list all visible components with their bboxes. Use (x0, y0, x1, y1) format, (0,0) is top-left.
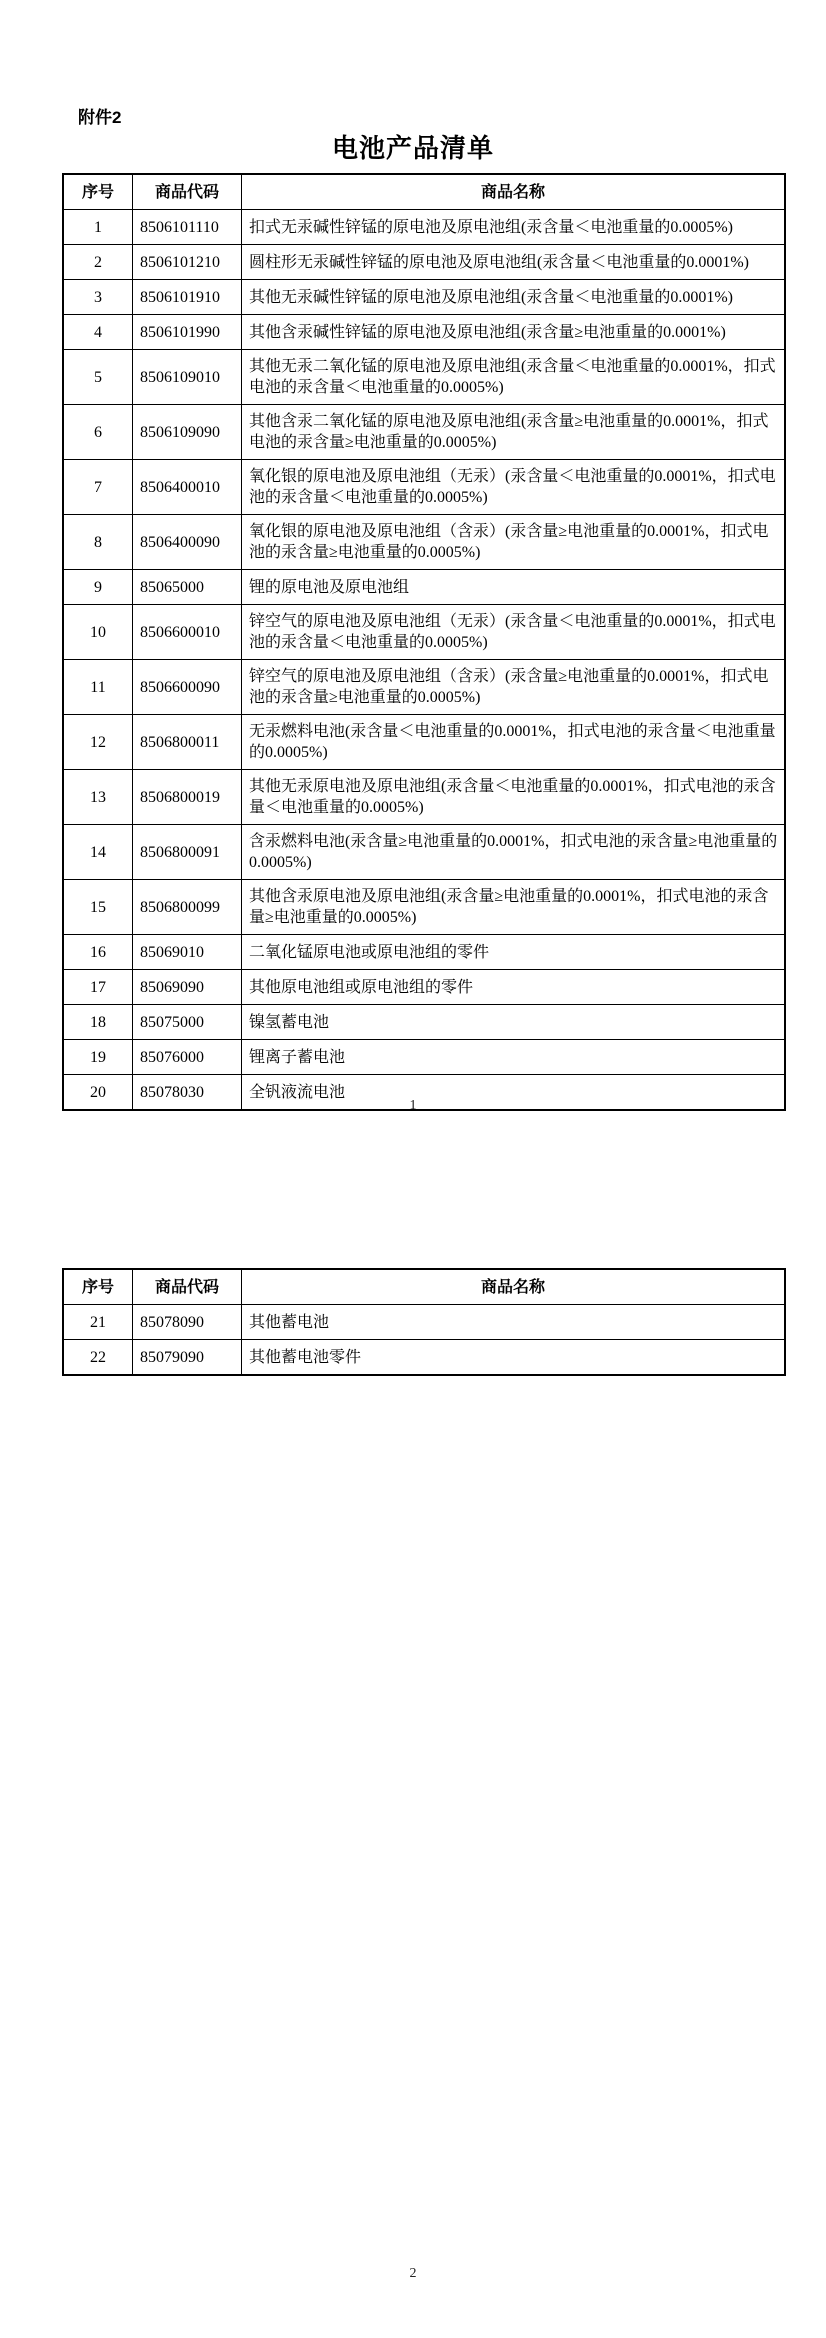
row-code-cell: 8506600010 (133, 605, 242, 660)
table-row: 1685069010二氧化锰原电池或原电池组的零件 (63, 935, 785, 970)
row-no-cell: 12 (63, 715, 133, 770)
row-no-cell: 15 (63, 880, 133, 935)
page-number-1: 1 (0, 1098, 826, 1114)
row-code-cell: 85069010 (133, 935, 242, 970)
row-name-cell: 二氧化锰原电池或原电池组的零件 (242, 935, 786, 970)
row-code-cell: 8506101910 (133, 280, 242, 315)
attachment-label: 附件2 (78, 103, 121, 128)
row-code-cell: 85079090 (133, 1340, 242, 1376)
row-code-cell: 8506800099 (133, 880, 242, 935)
document-page: 附件2 电池产品清单 序号 商品代码 商品名称 18506101110扣式无汞碱… (0, 0, 826, 2338)
table-row: 38506101910其他无汞碱性锌锰的原电池及原电池组(汞含量＜电池重量的0.… (63, 280, 785, 315)
row-name-cell: 其他无汞碱性锌锰的原电池及原电池组(汞含量＜电池重量的0.0001%) (242, 280, 786, 315)
row-code-cell: 8506101990 (133, 315, 242, 350)
header-cell-code: 商品代码 (133, 174, 242, 210)
row-no-cell: 22 (63, 1340, 133, 1376)
row-no-cell: 1 (63, 210, 133, 245)
row-name-cell: 圆柱形无汞碱性锌锰的原电池及原电池组(汞含量＜电池重量的0.0001%) (242, 245, 786, 280)
row-no-cell: 4 (63, 315, 133, 350)
row-name-cell: 无汞燃料电池(汞含量＜电池重量的0.0001%，扣式电池的汞含量＜电池重量的0.… (242, 715, 786, 770)
table-row: 138506800019其他无汞原电池及原电池组(汞含量＜电池重量的0.0001… (63, 770, 785, 825)
row-no-cell: 9 (63, 570, 133, 605)
row-name-cell: 锂离子蓄电池 (242, 1040, 786, 1075)
table-row: 2185078090其他蓄电池 (63, 1305, 785, 1340)
table-row: 1785069090其他原电池组或原电池组的零件 (63, 970, 785, 1005)
row-no-cell: 11 (63, 660, 133, 715)
row-code-cell: 8506109010 (133, 350, 242, 405)
battery-product-table-page2: 序号 商品代码 商品名称 2185078090其他蓄电池2285079090其他… (62, 1268, 786, 1376)
header-cell-no: 序号 (63, 174, 133, 210)
row-name-cell: 含汞燃料电池(汞含量≥电池重量的0.0001%，扣式电池的汞含量≥电池重量的0.… (242, 825, 786, 880)
row-code-cell: 8506101110 (133, 210, 242, 245)
row-name-cell: 其他蓄电池零件 (242, 1340, 786, 1376)
table-row: 158506800099其他含汞原电池及原电池组(汞含量≥电池重量的0.0001… (63, 880, 785, 935)
table-row: 48506101990其他含汞碱性锌锰的原电池及原电池组(汞含量≥电池重量的0.… (63, 315, 785, 350)
row-code-cell: 85078090 (133, 1305, 242, 1340)
row-code-cell: 8506800019 (133, 770, 242, 825)
table-row: 78506400010氧化银的原电池及原电池组（无汞）(汞含量＜电池重量的0.0… (63, 460, 785, 515)
battery-product-table-page1: 序号 商品代码 商品名称 18506101110扣式无汞碱性锌锰的原电池及原电池… (62, 173, 786, 1111)
row-no-cell: 3 (63, 280, 133, 315)
page-number-2: 2 (0, 2266, 826, 2282)
table-header: 序号 商品代码 商品名称 (63, 174, 785, 210)
row-code-cell: 8506800091 (133, 825, 242, 880)
row-no-cell: 16 (63, 935, 133, 970)
row-code-cell: 8506400090 (133, 515, 242, 570)
row-no-cell: 13 (63, 770, 133, 825)
header-cell-code: 商品代码 (133, 1269, 242, 1305)
table-row: 58506109010其他无汞二氧化锰的原电池及原电池组(汞含量＜电池重量的0.… (63, 350, 785, 405)
row-no-cell: 7 (63, 460, 133, 515)
table-row: 28506101210圆柱形无汞碱性锌锰的原电池及原电池组(汞含量＜电池重量的0… (63, 245, 785, 280)
row-name-cell: 镍氢蓄电池 (242, 1005, 786, 1040)
header-row: 序号 商品代码 商品名称 (63, 1269, 785, 1305)
row-code-cell: 8506600090 (133, 660, 242, 715)
header-cell-no: 序号 (63, 1269, 133, 1305)
row-no-cell: 17 (63, 970, 133, 1005)
table-row: 2285079090其他蓄电池零件 (63, 1340, 785, 1376)
header-row: 序号 商品代码 商品名称 (63, 174, 785, 210)
table-header: 序号 商品代码 商品名称 (63, 1269, 785, 1305)
row-no-cell: 18 (63, 1005, 133, 1040)
row-no-cell: 21 (63, 1305, 133, 1340)
row-name-cell: 其他无汞原电池及原电池组(汞含量＜电池重量的0.0001%，扣式电池的汞含量＜电… (242, 770, 786, 825)
table-body: 2185078090其他蓄电池2285079090其他蓄电池零件 (63, 1305, 785, 1376)
row-code-cell: 8506109090 (133, 405, 242, 460)
header-cell-name: 商品名称 (242, 174, 786, 210)
table-row: 128506800011无汞燃料电池(汞含量＜电池重量的0.0001%，扣式电池… (63, 715, 785, 770)
table-row: 108506600010锌空气的原电池及原电池组（无汞）(汞含量＜电池重量的0.… (63, 605, 785, 660)
table-row: 118506600090锌空气的原电池及原电池组（含汞）(汞含量≥电池重量的0.… (63, 660, 785, 715)
table-row: 18506101110扣式无汞碱性锌锰的原电池及原电池组(汞含量＜电池重量的0.… (63, 210, 785, 245)
row-name-cell: 其他含汞二氧化锰的原电池及原电池组(汞含量≥电池重量的0.0001%，扣式电池的… (242, 405, 786, 460)
row-name-cell: 其他蓄电池 (242, 1305, 786, 1340)
row-no-cell: 14 (63, 825, 133, 880)
row-name-cell: 锌空气的原电池及原电池组（含汞）(汞含量≥电池重量的0.0001%，扣式电池的汞… (242, 660, 786, 715)
row-code-cell: 85065000 (133, 570, 242, 605)
row-name-cell: 扣式无汞碱性锌锰的原电池及原电池组(汞含量＜电池重量的0.0005%) (242, 210, 786, 245)
table-body: 18506101110扣式无汞碱性锌锰的原电池及原电池组(汞含量＜电池重量的0.… (63, 210, 785, 1111)
row-no-cell: 19 (63, 1040, 133, 1075)
table-row: 1885075000镍氢蓄电池 (63, 1005, 785, 1040)
row-no-cell: 2 (63, 245, 133, 280)
row-name-cell: 锌空气的原电池及原电池组（无汞）(汞含量＜电池重量的0.0001%，扣式电池的汞… (242, 605, 786, 660)
table-row: 985065000锂的原电池及原电池组 (63, 570, 785, 605)
row-no-cell: 8 (63, 515, 133, 570)
table-row: 68506109090其他含汞二氧化锰的原电池及原电池组(汞含量≥电池重量的0.… (63, 405, 785, 460)
page-title: 电池产品清单 (0, 128, 826, 165)
row-code-cell: 85076000 (133, 1040, 242, 1075)
row-name-cell: 氧化银的原电池及原电池组（含汞）(汞含量≥电池重量的0.0001%，扣式电池的汞… (242, 515, 786, 570)
row-name-cell: 氧化银的原电池及原电池组（无汞）(汞含量＜电池重量的0.0001%，扣式电池的汞… (242, 460, 786, 515)
row-code-cell: 8506400010 (133, 460, 242, 515)
row-code-cell: 85075000 (133, 1005, 242, 1040)
table-row: 1985076000锂离子蓄电池 (63, 1040, 785, 1075)
row-code-cell: 8506101210 (133, 245, 242, 280)
row-code-cell: 85069090 (133, 970, 242, 1005)
row-name-cell: 其他无汞二氧化锰的原电池及原电池组(汞含量＜电池重量的0.0001%，扣式电池的… (242, 350, 786, 405)
row-name-cell: 锂的原电池及原电池组 (242, 570, 786, 605)
table-row: 148506800091含汞燃料电池(汞含量≥电池重量的0.0001%，扣式电池… (63, 825, 785, 880)
table-row: 88506400090氧化银的原电池及原电池组（含汞）(汞含量≥电池重量的0.0… (63, 515, 785, 570)
row-no-cell: 6 (63, 405, 133, 460)
header-cell-name: 商品名称 (242, 1269, 786, 1305)
row-name-cell: 其他原电池组或原电池组的零件 (242, 970, 786, 1005)
row-name-cell: 其他含汞碱性锌锰的原电池及原电池组(汞含量≥电池重量的0.0001%) (242, 315, 786, 350)
row-code-cell: 8506800011 (133, 715, 242, 770)
row-name-cell: 其他含汞原电池及原电池组(汞含量≥电池重量的0.0001%，扣式电池的汞含量≥电… (242, 880, 786, 935)
row-no-cell: 5 (63, 350, 133, 405)
row-no-cell: 10 (63, 605, 133, 660)
